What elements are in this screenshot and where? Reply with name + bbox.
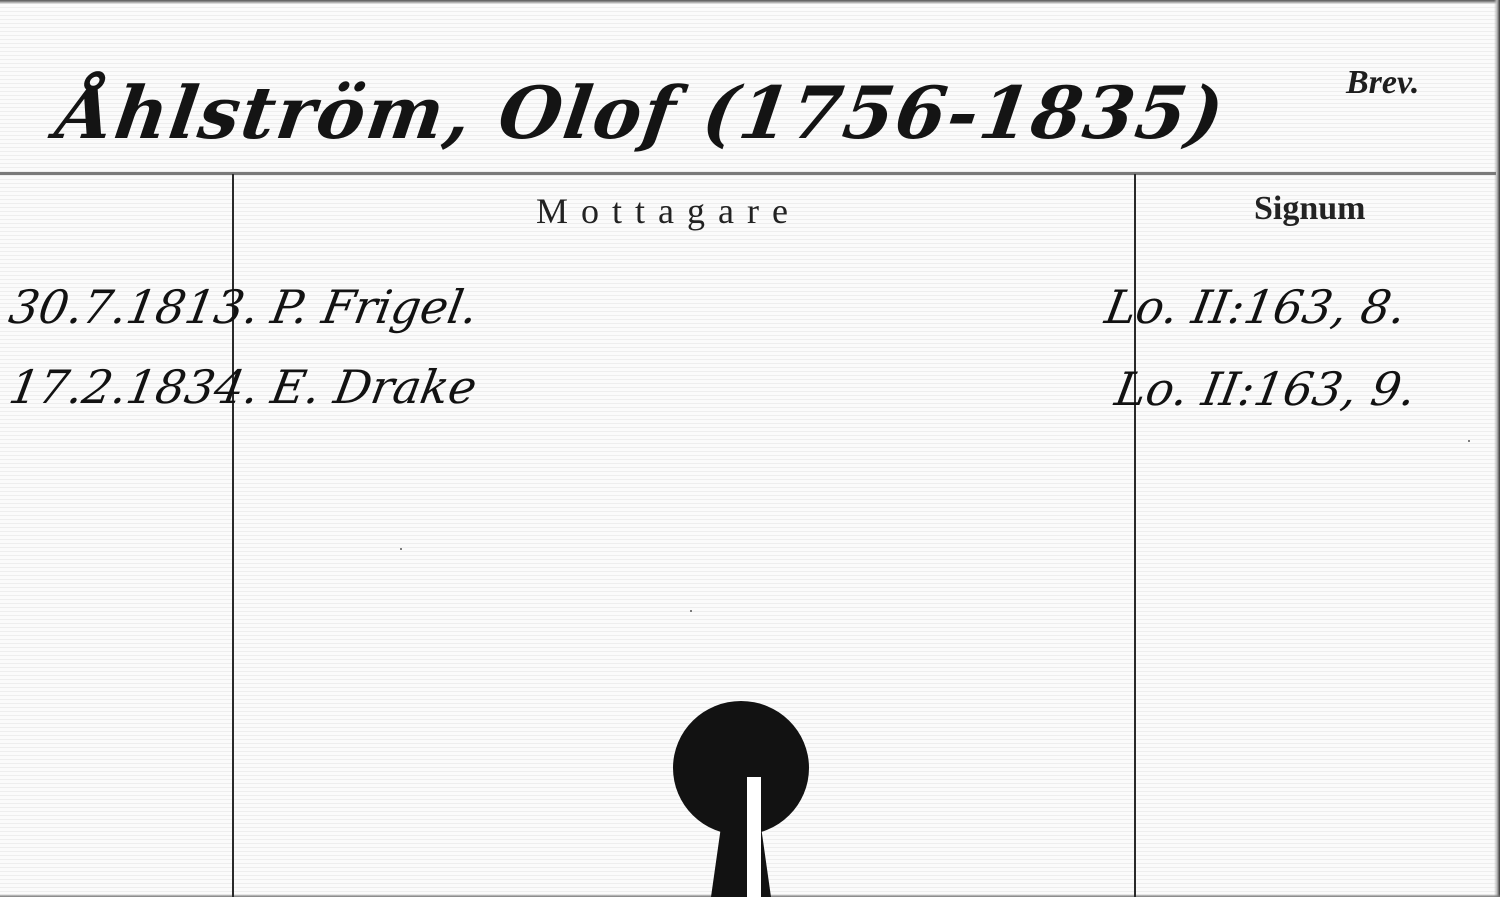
card-header: Åhlström, Olof (1756-1835) Brev. [0, 0, 1500, 172]
paper-speck [690, 610, 692, 612]
entry-date: 17.2.1834. [5, 360, 263, 414]
keyhole-slit [747, 777, 761, 897]
catalog-card: Åhlström, Olof (1756-1835) Brev. Mottaga… [0, 0, 1500, 897]
author-heading: Åhlström, Olof (1756-1835) [52, 70, 1231, 155]
keyhole-stem [711, 821, 771, 897]
entry-signum: Lo. II:163, 8. [1101, 280, 1410, 334]
entry-recipient: E. Drake [267, 360, 481, 414]
entry-signum: Lo. II:163, 9. [1111, 362, 1420, 416]
paper-speck [1468, 440, 1470, 442]
card-type-label: Brev. [1346, 64, 1419, 102]
entry-date: 30.7.1813. [5, 280, 263, 334]
entry-recipient: P. Frigel. [267, 280, 482, 334]
header-divider [0, 172, 1496, 175]
recipient-column-header: Mottagare [536, 190, 801, 232]
keyhole-punch-icon [673, 701, 809, 897]
signum-column-header: Signum [1254, 190, 1366, 228]
keyhole-circle [673, 701, 809, 835]
paper-speck [400, 548, 402, 550]
